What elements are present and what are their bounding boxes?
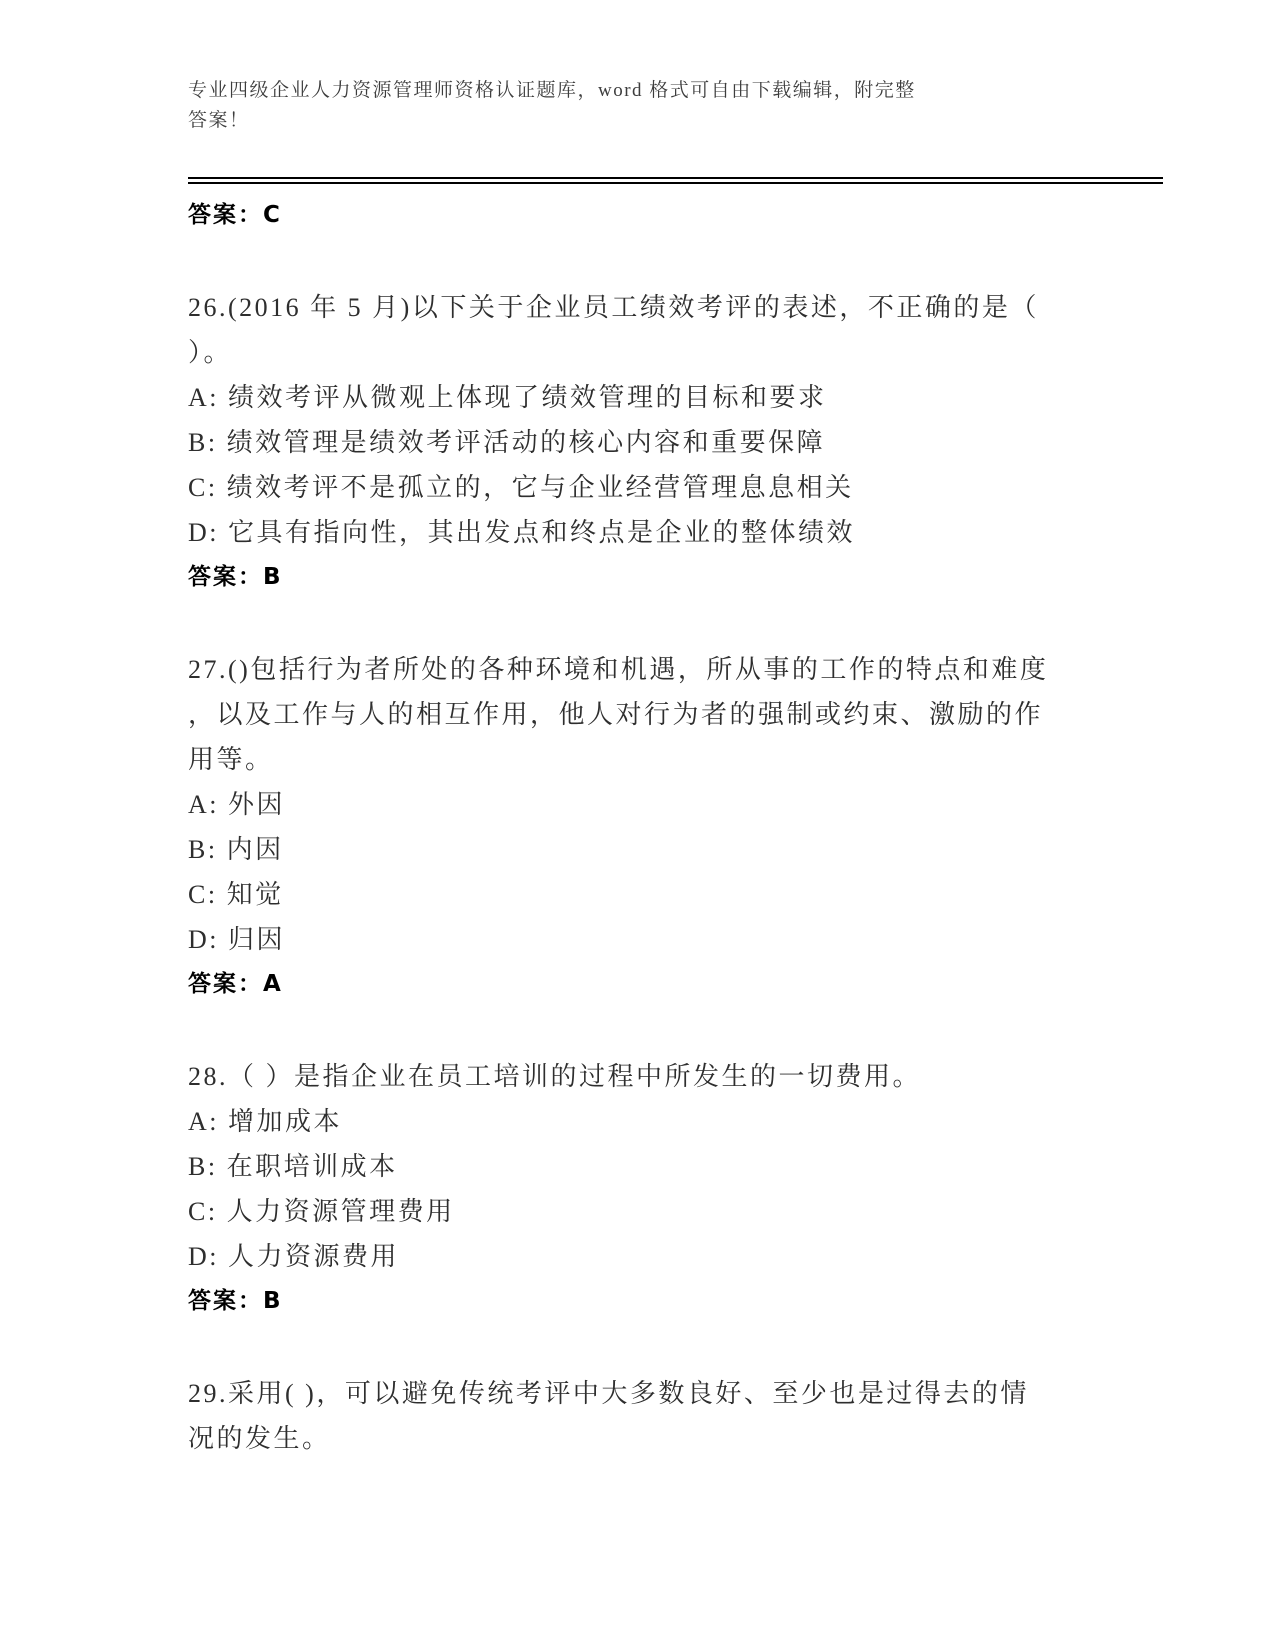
header-text-line-1: 专业四级企业人力资源管理师资格认证题库，word 格式可自由下载编辑，附完整 — [188, 76, 1163, 106]
question-27-text-line-2: ，以及工作与人的相互作用，他人对行为者的强制或约束、激励的作 — [188, 692, 1163, 737]
question-26-text-line-2: ）。 — [188, 330, 1163, 375]
question-27-option-a: A: 外因 — [188, 782, 1163, 827]
question-27: 27.()包括行为者所处的各种环境和机遇，所从事的工作的特点和难度 ，以及工作与… — [188, 647, 1163, 1007]
answer-line-q27: 答案：A — [188, 962, 1163, 1007]
question-28-option-c: C: 人力资源管理费用 — [188, 1189, 1163, 1234]
question-28: 28.（ ）是指企业在员工培训的过程中所发生的一切费用。 A: 增加成本 B: … — [188, 1054, 1163, 1324]
answer-line-q28: 答案：B — [188, 1279, 1163, 1324]
page-content: 专业四级企业人力资源管理师资格认证题库，word 格式可自由下载编辑，附完整 答… — [188, 0, 1163, 1461]
question-29-text-line-1: 29.采用( )，可以避免传统考评中大多数良好、至少也是过得去的情 — [188, 1371, 1163, 1416]
question-29-text-line-2: 况的发生。 — [188, 1416, 1163, 1461]
question-26: 26.(2016 年 5 月)以下关于企业员工绩效考评的表述，不正确的是（ ）。… — [188, 285, 1163, 600]
question-26-option-a: A: 绩效考评从微观上体现了绩效管理的目标和要求 — [188, 375, 1163, 420]
header-divider-rule — [188, 177, 1163, 184]
question-26-option-c: C: 绩效考评不是孤立的，它与企业经营管理息息相关 — [188, 465, 1163, 510]
question-27-text-line-1: 27.()包括行为者所处的各种环境和机遇，所从事的工作的特点和难度 — [188, 647, 1163, 692]
answer-line-q25: 答案：C — [188, 193, 1163, 238]
question-26-option-b: B: 绩效管理是绩效考评活动的核心内容和重要保障 — [188, 420, 1163, 465]
header-text-line-2: 答案！ — [188, 106, 1163, 136]
question-26-option-d: D: 它具有指向性，其出发点和终点是企业的整体绩效 — [188, 510, 1163, 555]
question-27-option-d: D: 归因 — [188, 917, 1163, 962]
page-header: 专业四级企业人力资源管理师资格认证题库，word 格式可自由下载编辑，附完整 答… — [188, 0, 1163, 136]
document-page: 专业四级企业人力资源管理师资格认证题库，word 格式可自由下载编辑，附完整 答… — [0, 0, 1275, 1650]
question-28-option-b: B: 在职培训成本 — [188, 1144, 1163, 1189]
question-29: 29.采用( )，可以避免传统考评中大多数良好、至少也是过得去的情 况的发生。 — [188, 1371, 1163, 1461]
question-26-text-line-1: 26.(2016 年 5 月)以下关于企业员工绩效考评的表述，不正确的是（ — [188, 285, 1163, 330]
question-27-option-b: B: 内因 — [188, 827, 1163, 872]
question-28-option-a: A: 增加成本 — [188, 1099, 1163, 1144]
answer-line-q26: 答案：B — [188, 555, 1163, 600]
question-28-text-line-1: 28.（ ）是指企业在员工培训的过程中所发生的一切费用。 — [188, 1054, 1163, 1099]
question-27-text-line-3: 用等。 — [188, 737, 1163, 782]
question-27-option-c: C: 知觉 — [188, 872, 1163, 917]
question-28-option-d: D: 人力资源费用 — [188, 1234, 1163, 1279]
